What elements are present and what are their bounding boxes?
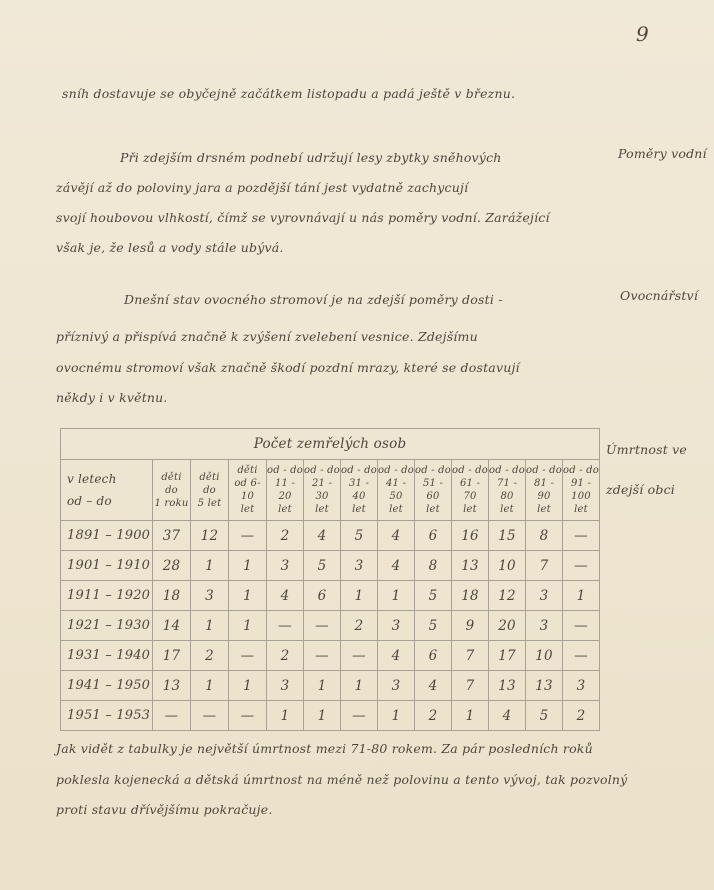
column-header-line: 41 - 50 bbox=[378, 477, 414, 503]
period-header-line-1: v letech bbox=[67, 468, 152, 490]
column-header-line: 1 roku bbox=[153, 497, 190, 510]
col-header-2: dětido5 let bbox=[191, 460, 229, 521]
paragraph-3-line-3: ovocnému stromoví však značně škodí pozd… bbox=[56, 360, 520, 375]
death-count-cell: 4 bbox=[378, 641, 415, 671]
column-header-line: let bbox=[229, 503, 266, 516]
death-count-cell: 3 bbox=[341, 551, 378, 581]
death-count-cell: 3 bbox=[191, 581, 229, 611]
death-count-cell: 1 bbox=[341, 581, 378, 611]
col-header-8: od - do51 - 60let bbox=[415, 460, 452, 521]
paragraph-1-line-1: sníh dostavuje se obyčejně začátkem list… bbox=[62, 86, 515, 101]
death-count-cell: 13 bbox=[489, 671, 526, 701]
table-row: 1941 – 1950131131134713133 bbox=[61, 671, 600, 701]
death-count-cell: 5 bbox=[415, 581, 452, 611]
table-header-row: v letech od – do dětido1 roku dětido5 le… bbox=[61, 460, 600, 521]
death-count-cell: 17 bbox=[153, 641, 191, 671]
death-count-cell: 37 bbox=[153, 521, 191, 551]
column-header-line: od - do bbox=[415, 464, 451, 477]
table-row: 1921 – 19301411——2359203— bbox=[61, 611, 600, 641]
death-count-cell: — bbox=[229, 641, 267, 671]
death-count-cell: — bbox=[229, 701, 267, 731]
period-cell: 1921 – 1930 bbox=[61, 611, 153, 641]
death-count-cell: 16 bbox=[452, 521, 489, 551]
death-count-cell: 13 bbox=[452, 551, 489, 581]
period-cell: 1901 – 1910 bbox=[61, 551, 153, 581]
column-header-line: 61 - 70 bbox=[452, 477, 488, 503]
death-count-cell: 5 bbox=[304, 551, 341, 581]
column-header-line: od - do bbox=[563, 464, 599, 477]
column-header-line: 5 let bbox=[191, 497, 228, 510]
death-count-cell: 2 bbox=[191, 641, 229, 671]
column-header-line: od - do bbox=[304, 464, 340, 477]
column-header-line: 51 - 60 bbox=[415, 477, 451, 503]
period-cell: 1951 – 1953 bbox=[61, 701, 153, 731]
death-count-cell: 8 bbox=[526, 521, 563, 551]
death-count-cell: 7 bbox=[452, 671, 489, 701]
column-header-line: od 6-10 bbox=[229, 477, 266, 503]
death-count-cell: 13 bbox=[153, 671, 191, 701]
col-header-11: od - do81 - 90let bbox=[526, 460, 563, 521]
death-count-cell: 12 bbox=[191, 521, 229, 551]
death-count-cell: 1 bbox=[229, 671, 267, 701]
death-count-cell: 13 bbox=[526, 671, 563, 701]
column-header-line: let bbox=[563, 503, 599, 516]
death-count-cell: 5 bbox=[415, 611, 452, 641]
death-count-cell: — bbox=[229, 521, 267, 551]
death-count-cell: — bbox=[267, 611, 304, 641]
death-count-cell: — bbox=[563, 611, 600, 641]
table-title-row: Počet zemřelých osob bbox=[61, 429, 600, 460]
table-row: 1891 – 19003712—2454616158— bbox=[61, 521, 600, 551]
column-header-line: 71 - 80 bbox=[489, 477, 525, 503]
death-count-cell: 15 bbox=[489, 521, 526, 551]
table-body: 1891 – 19003712—2454616158—1901 – 191028… bbox=[61, 521, 600, 731]
column-header-line: 31 - 40 bbox=[341, 477, 377, 503]
period-cell: 1941 – 1950 bbox=[61, 671, 153, 701]
period-cell: 1931 – 1940 bbox=[61, 641, 153, 671]
col-header-3: dětiod 6-10let bbox=[229, 460, 267, 521]
death-count-cell: 17 bbox=[489, 641, 526, 671]
death-count-cell: 4 bbox=[378, 551, 415, 581]
paragraph-2-line-2: závějí až do poloviny jara a pozdější tá… bbox=[56, 180, 468, 195]
death-count-cell: 4 bbox=[378, 521, 415, 551]
col-header-5: od - do21 - 30let bbox=[304, 460, 341, 521]
col-header-9: od - do61 - 70let bbox=[452, 460, 489, 521]
paragraph-4-line-2: poklesla kojenecká a dětská úmrtnost na … bbox=[56, 772, 627, 787]
column-header-line: let bbox=[489, 503, 525, 516]
column-header-line: let bbox=[267, 503, 303, 516]
death-count-cell: 12 bbox=[489, 581, 526, 611]
death-count-cell: 1 bbox=[229, 611, 267, 641]
death-count-cell: 10 bbox=[489, 551, 526, 581]
period-header-line-2: od – do bbox=[67, 490, 152, 512]
death-count-cell: — bbox=[563, 641, 600, 671]
col-header-6: od - do31 - 40let bbox=[341, 460, 378, 521]
death-count-cell: 1 bbox=[229, 551, 267, 581]
death-count-cell: 5 bbox=[341, 521, 378, 551]
death-count-cell: 28 bbox=[153, 551, 191, 581]
column-header-line: od - do bbox=[452, 464, 488, 477]
death-count-cell: 8 bbox=[415, 551, 452, 581]
death-count-cell: 4 bbox=[304, 521, 341, 551]
side-heading-line-2: zdejší obci bbox=[606, 470, 687, 510]
manuscript-page: 9 sníh dostavuje se obyčejně začátkem li… bbox=[0, 0, 714, 890]
death-count-cell: 1 bbox=[378, 581, 415, 611]
death-count-cell: — bbox=[341, 701, 378, 731]
death-count-cell: 3 bbox=[378, 671, 415, 701]
margin-note-orchards: Ovocnářství bbox=[620, 288, 698, 303]
margin-note-water: Poměry vodní bbox=[618, 146, 707, 161]
death-count-cell: 1 bbox=[191, 551, 229, 581]
death-count-cell: — bbox=[191, 701, 229, 731]
death-count-cell: 6 bbox=[304, 581, 341, 611]
death-count-cell: 10 bbox=[526, 641, 563, 671]
column-header-line: let bbox=[304, 503, 340, 516]
death-count-cell: 1 bbox=[341, 671, 378, 701]
death-count-cell: 4 bbox=[267, 581, 304, 611]
death-count-cell: 2 bbox=[341, 611, 378, 641]
death-count-cell: — bbox=[563, 521, 600, 551]
table-row: 1951 – 1953———11—121452 bbox=[61, 701, 600, 731]
column-header-line: děti bbox=[153, 471, 190, 484]
paragraph-2-line-1: Při zdejším drsném podnebí udržují lesy … bbox=[120, 150, 502, 165]
paragraph-2-line-3: svojí houbovou vlhkostí, čímž se vyrovná… bbox=[56, 210, 550, 225]
column-header-line: 91 - 100 bbox=[563, 477, 599, 503]
death-count-cell: 7 bbox=[452, 641, 489, 671]
column-header-line: do bbox=[191, 484, 228, 497]
column-header-line: od - do bbox=[378, 464, 414, 477]
death-count-cell: 18 bbox=[153, 581, 191, 611]
paragraph-4-line-3: proti stavu dřívějšímu pokračuje. bbox=[56, 802, 273, 817]
death-count-cell: 2 bbox=[267, 521, 304, 551]
table-title: Počet zemřelých osob bbox=[61, 429, 600, 460]
column-header-line: od - do bbox=[526, 464, 562, 477]
death-count-cell: 4 bbox=[489, 701, 526, 731]
death-count-cell: 3 bbox=[267, 551, 304, 581]
period-cell: 1891 – 1900 bbox=[61, 521, 153, 551]
death-count-cell: 20 bbox=[489, 611, 526, 641]
death-count-cell: 7 bbox=[526, 551, 563, 581]
death-count-cell: 3 bbox=[526, 581, 563, 611]
death-count-cell: 18 bbox=[452, 581, 489, 611]
paragraph-3-line-2: příznivý a přispívá značně k zvýšení zve… bbox=[56, 329, 478, 344]
death-count-cell: — bbox=[563, 551, 600, 581]
column-header-line: let bbox=[452, 503, 488, 516]
column-header-line: od - do bbox=[267, 464, 303, 477]
death-count-cell: 6 bbox=[415, 521, 452, 551]
col-header-7: od - do41 - 50let bbox=[378, 460, 415, 521]
period-cell: 1911 – 1920 bbox=[61, 581, 153, 611]
column-header-line: let bbox=[341, 503, 377, 516]
death-count-cell: 2 bbox=[415, 701, 452, 731]
side-heading-line-1: Úmrtnost ve bbox=[606, 430, 687, 470]
column-header-line: 81 - 90 bbox=[526, 477, 562, 503]
col-header-10: od - do71 - 80let bbox=[489, 460, 526, 521]
death-count-cell: — bbox=[153, 701, 191, 731]
paragraph-2-line-4: však je, že lesů a vody stále ubývá. bbox=[56, 240, 284, 255]
table-side-heading: Úmrtnost ve zdejší obci bbox=[606, 430, 687, 510]
table-row: 1931 – 1940172—2——4671710— bbox=[61, 641, 600, 671]
death-count-cell: 1 bbox=[452, 701, 489, 731]
death-count-cell: 2 bbox=[267, 641, 304, 671]
page-number: 9 bbox=[636, 22, 649, 46]
col-header-4: od - do11 - 20let bbox=[267, 460, 304, 521]
death-count-cell: 5 bbox=[526, 701, 563, 731]
death-count-cell: 2 bbox=[563, 701, 600, 731]
column-header-line: děti bbox=[191, 471, 228, 484]
paragraph-3-line-4: někdy i v květnu. bbox=[56, 390, 168, 405]
paragraph-4-line-1: Jak vidět z tabulky je největší úmrtnost… bbox=[56, 741, 593, 756]
death-count-cell: 1 bbox=[229, 581, 267, 611]
table-row: 1911 – 1920183146115181231 bbox=[61, 581, 600, 611]
table-row: 1901 – 191028113534813107— bbox=[61, 551, 600, 581]
mortality-table: Počet zemřelých osob v letech od – do dě… bbox=[60, 428, 600, 731]
death-count-cell: 9 bbox=[452, 611, 489, 641]
column-header-line: let bbox=[526, 503, 562, 516]
column-header-line: let bbox=[415, 503, 451, 516]
death-count-cell: 1 bbox=[304, 701, 341, 731]
death-count-cell: 3 bbox=[526, 611, 563, 641]
death-count-cell: 1 bbox=[563, 581, 600, 611]
column-header-line: 11 - 20 bbox=[267, 477, 303, 503]
paragraph-3-line-1: Dnešní stav ovocného stromoví je na zdej… bbox=[124, 292, 503, 307]
column-header-line: 21 - 30 bbox=[304, 477, 340, 503]
death-count-cell: 1 bbox=[191, 671, 229, 701]
column-header-line: let bbox=[378, 503, 414, 516]
death-count-cell: 1 bbox=[304, 671, 341, 701]
col-header-12: od - do91 - 100let bbox=[563, 460, 600, 521]
death-count-cell: — bbox=[304, 641, 341, 671]
death-count-cell: 3 bbox=[563, 671, 600, 701]
death-count-cell: 3 bbox=[267, 671, 304, 701]
column-header-line: od - do bbox=[489, 464, 525, 477]
death-count-cell: 1 bbox=[267, 701, 304, 731]
death-count-cell: — bbox=[341, 641, 378, 671]
death-count-cell: 1 bbox=[191, 611, 229, 641]
period-header: v letech od – do bbox=[61, 460, 153, 521]
death-count-cell: 4 bbox=[415, 671, 452, 701]
column-header-line: děti bbox=[229, 464, 266, 477]
column-header-line: od - do bbox=[341, 464, 377, 477]
death-count-cell: — bbox=[304, 611, 341, 641]
death-count-cell: 14 bbox=[153, 611, 191, 641]
column-header-line: do bbox=[153, 484, 190, 497]
death-count-cell: 3 bbox=[378, 611, 415, 641]
col-header-1: dětido1 roku bbox=[153, 460, 191, 521]
death-count-cell: 6 bbox=[415, 641, 452, 671]
death-count-cell: 1 bbox=[378, 701, 415, 731]
